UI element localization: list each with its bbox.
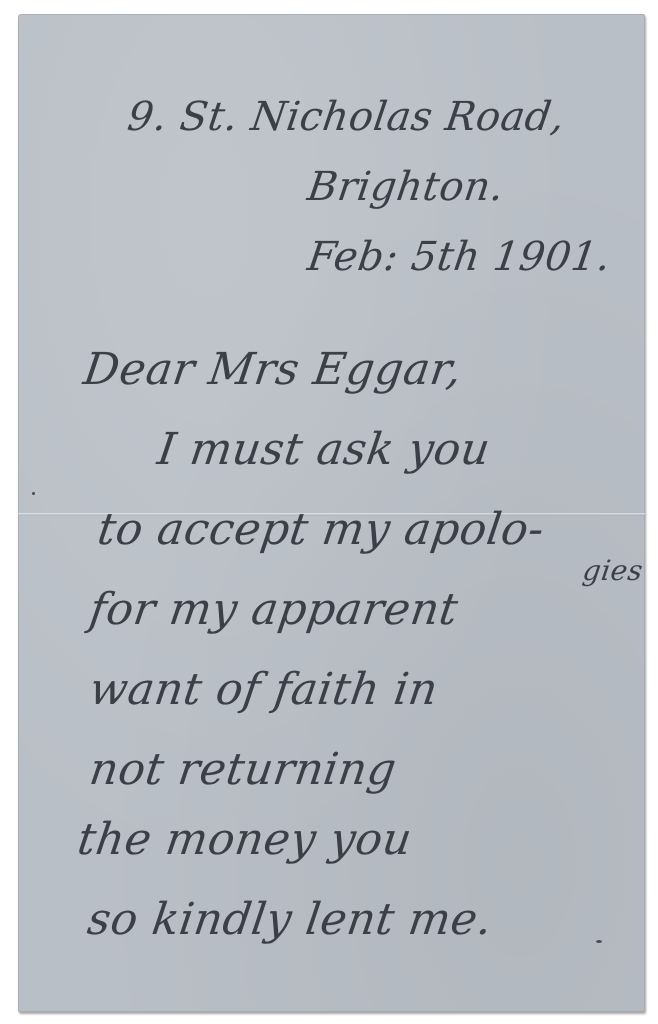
body-line-2-continuation: gies	[581, 554, 645, 587]
ink-speck	[32, 492, 35, 495]
salutation: Dear Mrs Eggar,	[80, 344, 465, 395]
body-line-2: to accept my apolo-	[94, 504, 547, 555]
body-line-5: not returning	[86, 744, 399, 795]
letter-date: Feb: 5th 1901.	[305, 234, 614, 280]
address-city: Brighton.	[305, 164, 507, 210]
body-line-1: I must ask you	[154, 424, 493, 475]
body-line-7: so kindly lent me.	[84, 894, 495, 945]
letter-page: 9. St. Nicholas Road, Brighton. Feb: 5th…	[18, 14, 645, 1012]
ink-speck	[596, 940, 602, 943]
body-line-4: want of faith in	[86, 664, 441, 715]
address-street: 9. St. Nicholas Road,	[125, 94, 568, 140]
body-line-3: for my apparent	[86, 584, 461, 635]
body-line-6: the money you	[74, 814, 415, 865]
